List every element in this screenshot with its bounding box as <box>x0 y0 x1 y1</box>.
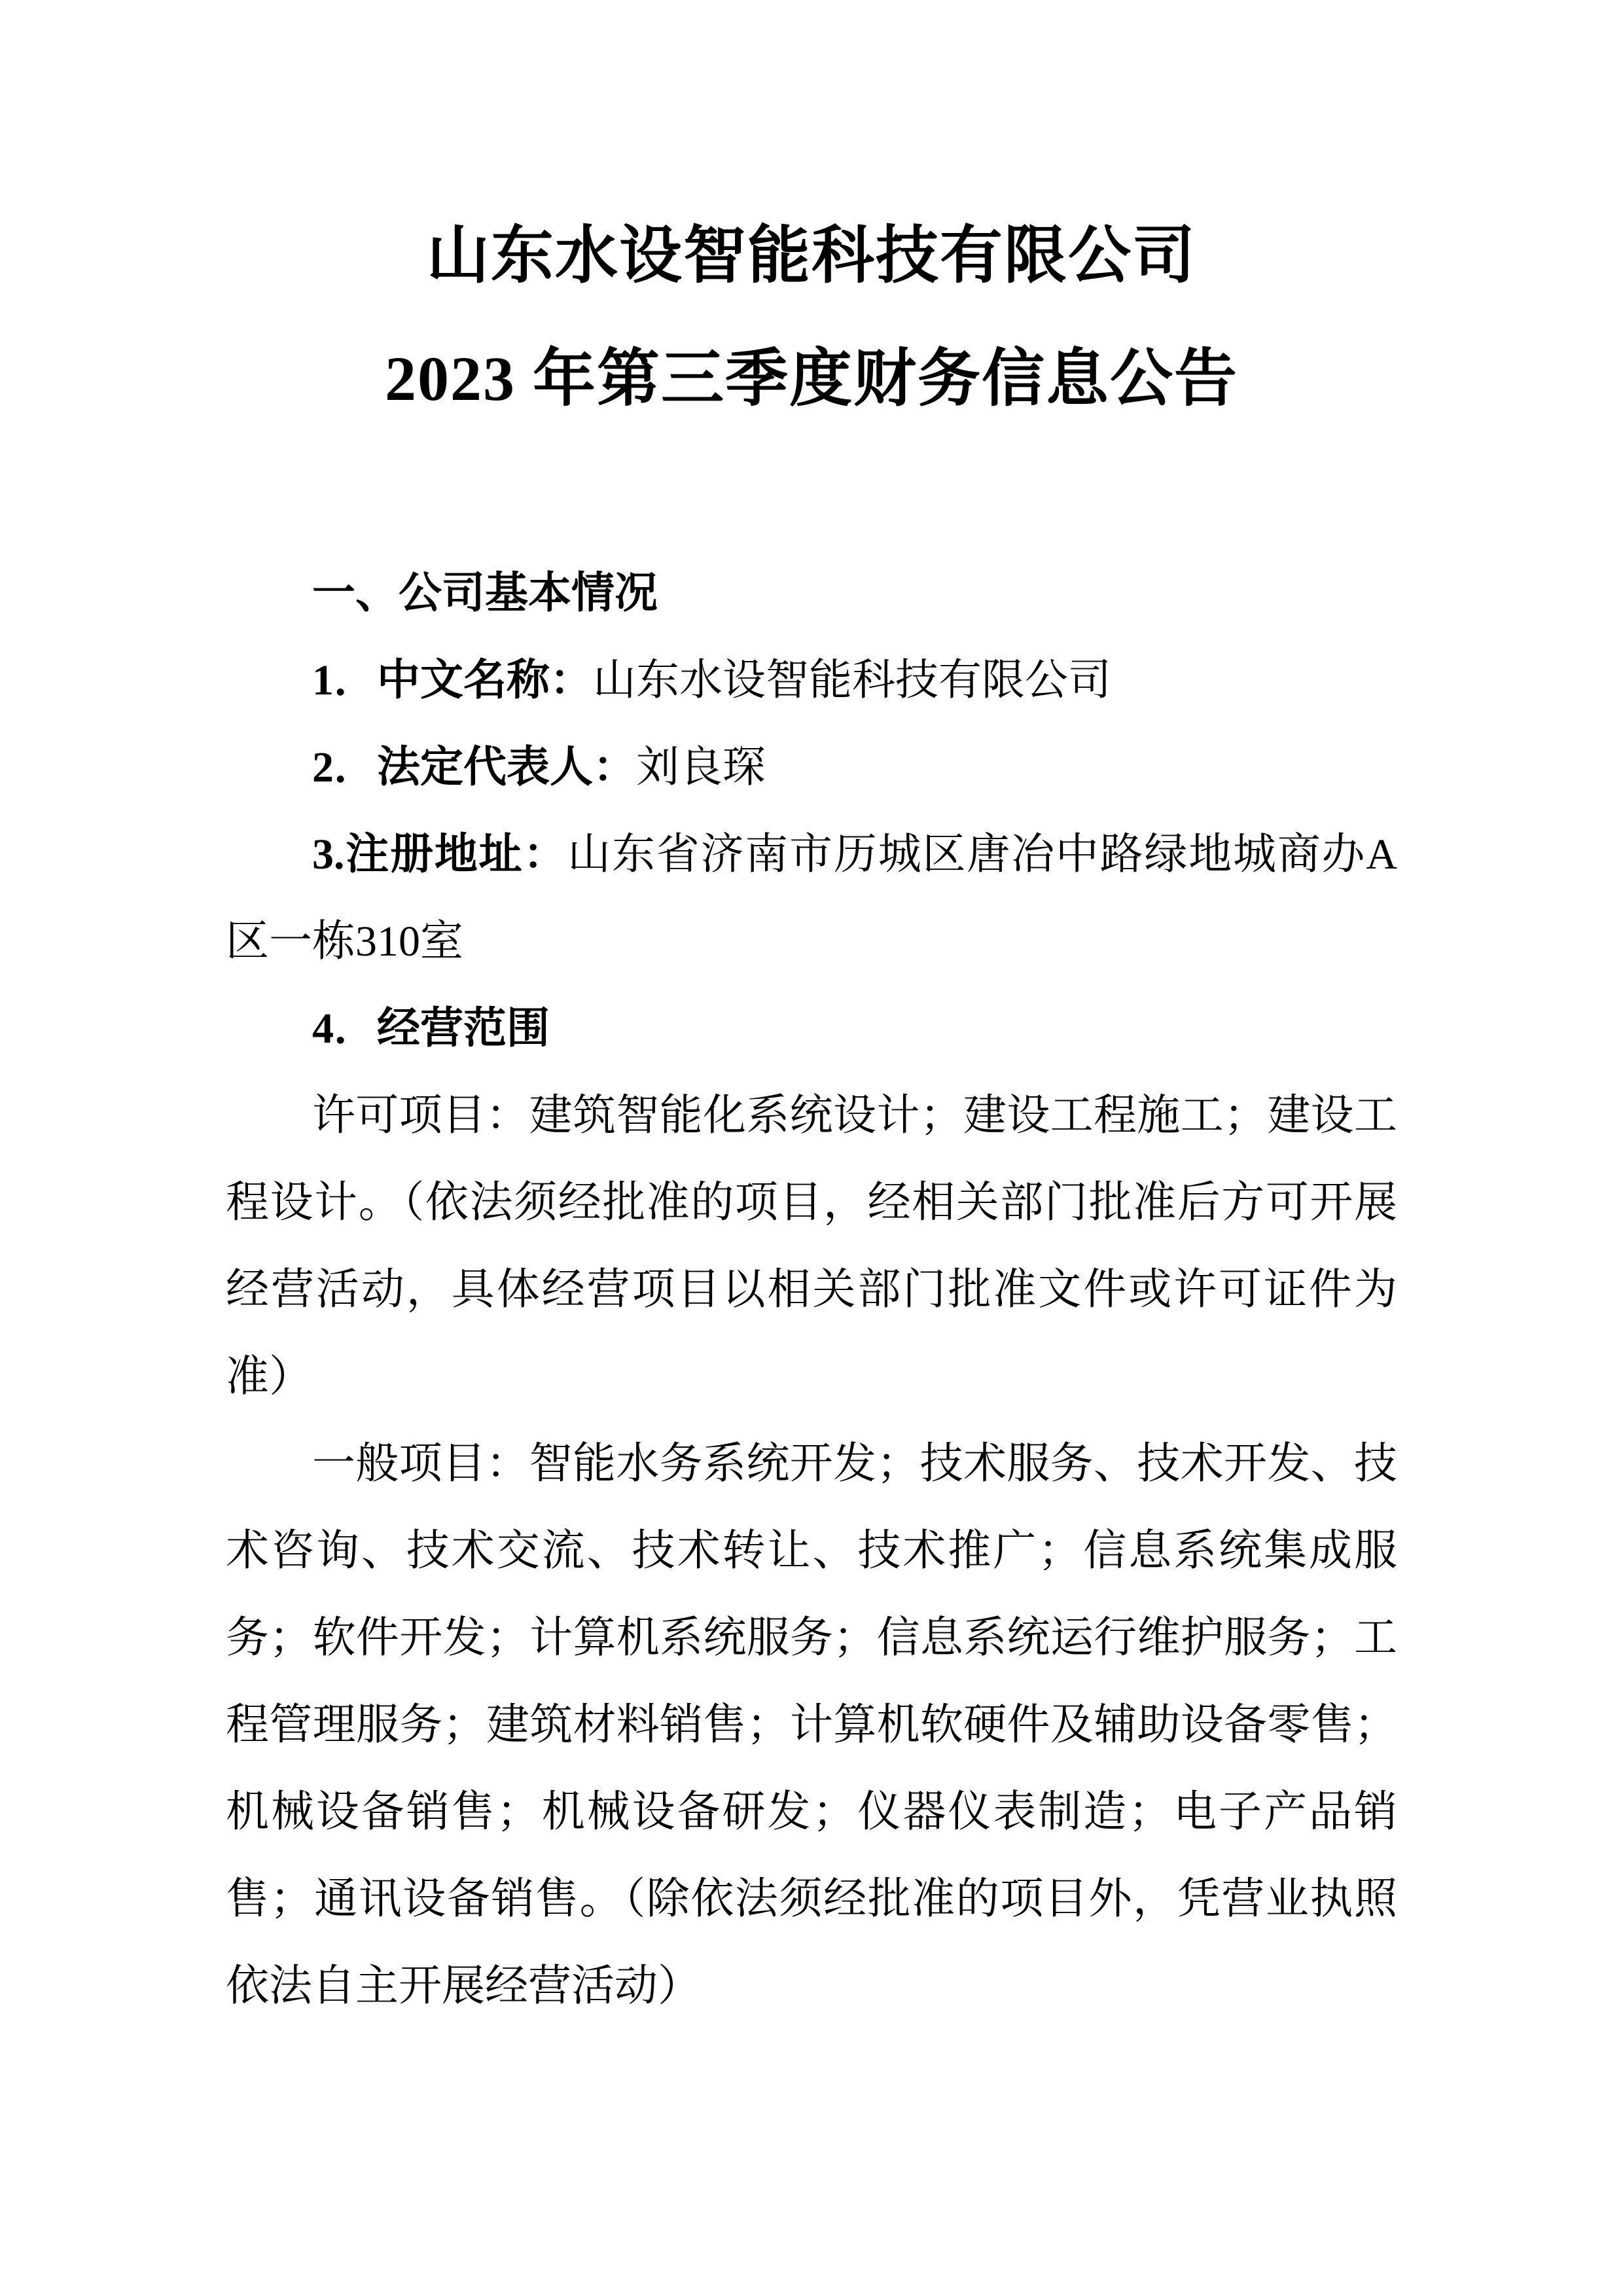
section-heading: 一、公司基本情况 <box>226 550 1397 637</box>
item-chinese-name-label: 1．中文名称： <box>312 656 593 704</box>
item-registered-address: 3.注册地址：山东省济南市历城区唐冶中路绿地城商办A区一栋310室 <box>226 811 1397 985</box>
document-body: 一、公司基本情况 1．中文名称：山东水设智能科技有限公司 2．法定代表人：刘良琛… <box>226 550 1397 2030</box>
item-business-scope-label: 4．经营范围 <box>312 1005 550 1052</box>
item-legal-representative: 2．法定代表人：刘良琛 <box>226 724 1397 811</box>
item-legal-representative-label: 2．法定代表人： <box>312 744 636 791</box>
paragraph-licensed-projects: 许可项目：建筑智能化系统设计；建设工程施工；建设工程设计。（依法须经批准的项目，… <box>226 1072 1397 1420</box>
item-business-scope: 4．经营范围 <box>226 985 1397 1072</box>
item-registered-address-label: 3.注册地址： <box>312 831 567 878</box>
document-title-line2: 2023 年第三季度财务信息公告 <box>226 339 1397 419</box>
document-title-line1: 山东水设智能科技有限公司 <box>226 216 1397 296</box>
item-chinese-name: 1．中文名称：山东水设智能科技有限公司 <box>226 637 1397 724</box>
item-legal-representative-value: 刘良琛 <box>636 744 766 791</box>
document-page: 山东水设智能科技有限公司 2023 年第三季度财务信息公告 一、公司基本情况 1… <box>0 0 1623 2296</box>
paragraph-general-projects: 一般项目：智能水务系统开发；技术服务、技术开发、技术咨询、技术交流、技术转让、技… <box>226 1420 1397 2030</box>
item-chinese-name-value: 山东水设智能科技有限公司 <box>593 656 1111 704</box>
